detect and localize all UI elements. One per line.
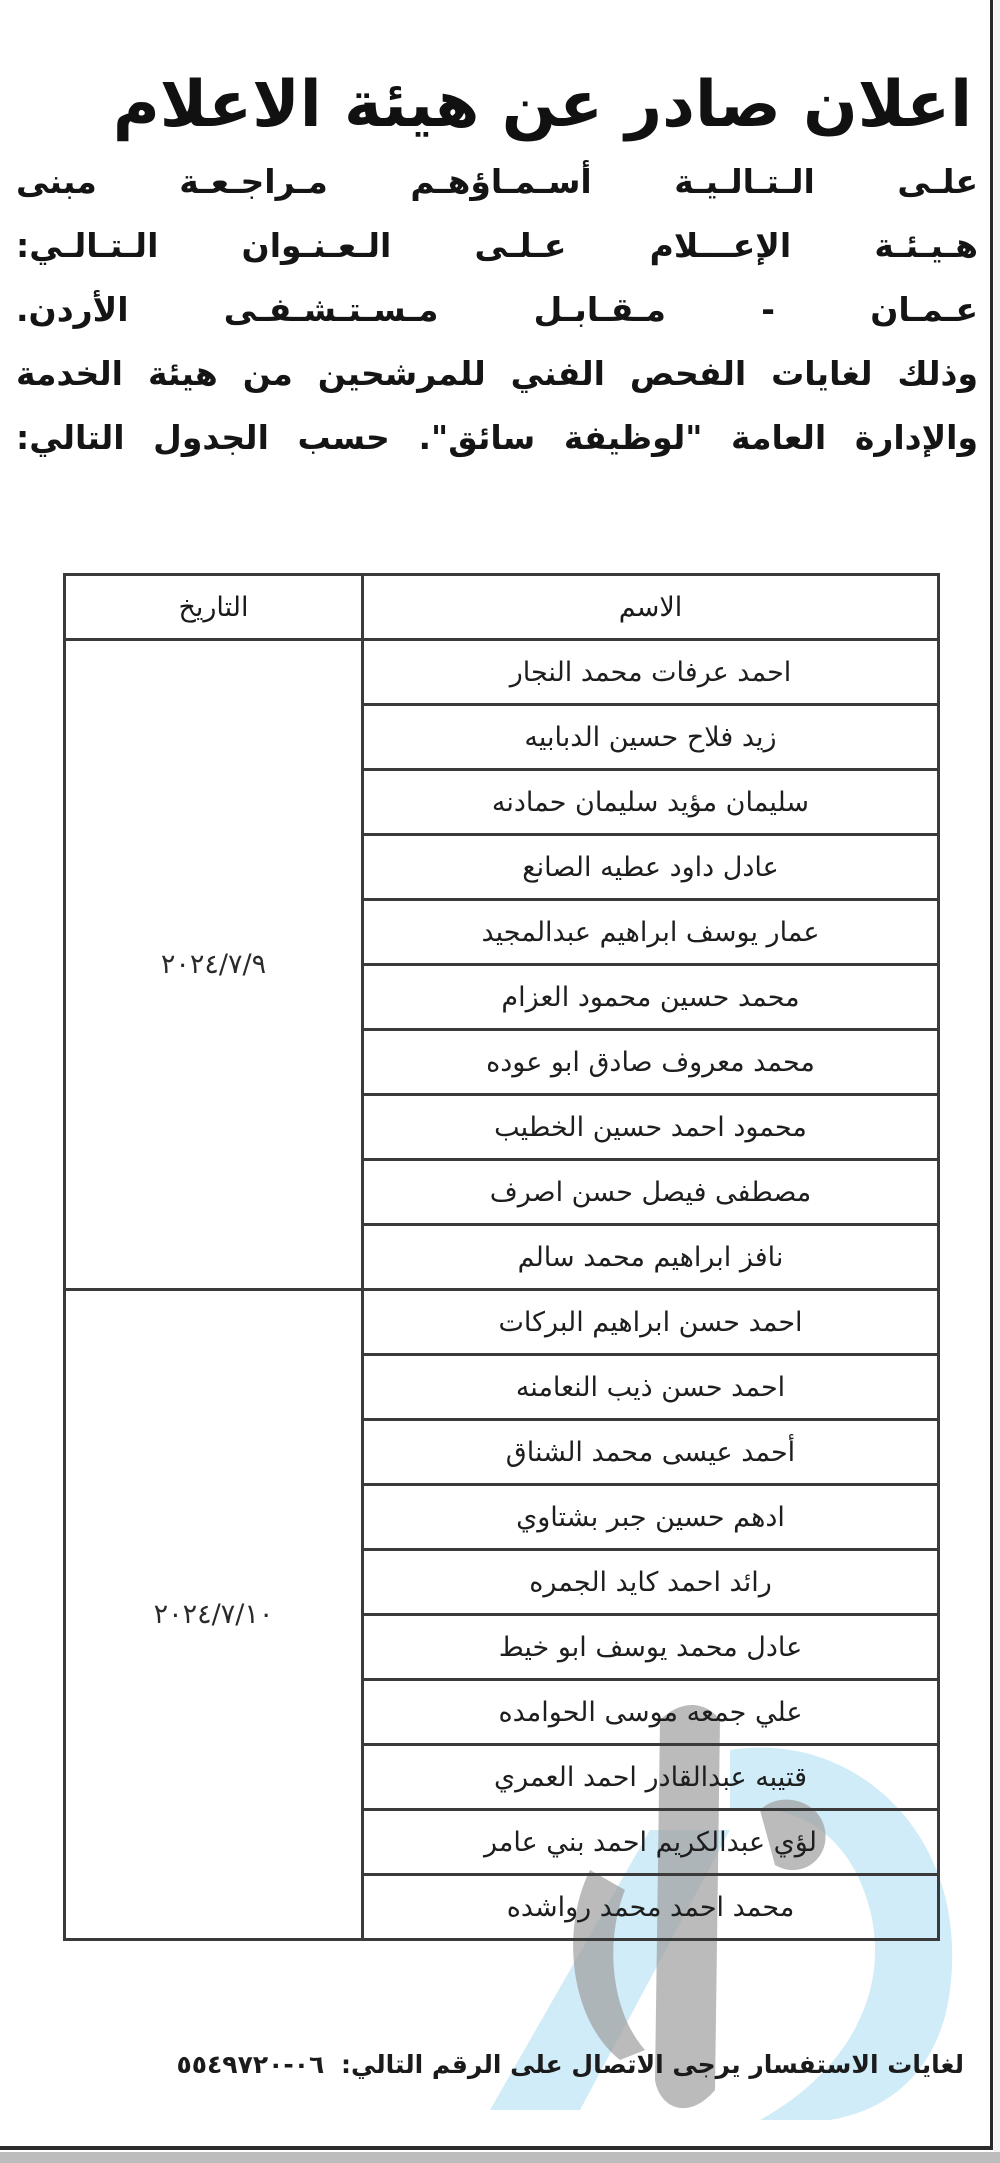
candidate-name: علي جمعه موسى الحوامده: [363, 1680, 939, 1745]
candidates-table-container: الاسم التاريخ احمد عرفات محمد النجار ٢٠٢…: [72, 573, 940, 1941]
candidate-name: نافز ابراهيم محمد سالم: [363, 1225, 939, 1290]
candidate-name: لؤي عبدالكريم احمد بني عامر: [363, 1810, 939, 1875]
column-header-name: الاسم: [363, 575, 939, 640]
intro-line: عـمـان - مـقـابـل مـسـتـشـفـى الأردن.: [16, 278, 978, 342]
candidate-name: احمد عرفات محمد النجار: [363, 640, 939, 705]
candidate-name: زيد فلاح حسين الدبابيه: [363, 705, 939, 770]
candidate-name: عادل داود عطيه الصانع: [363, 835, 939, 900]
intro-line: وذلك لغايات الفحص الفني للمرشحين من هيئة…: [16, 342, 978, 406]
candidate-name: عمار يوسف ابراهيم عبدالمجيد: [363, 900, 939, 965]
inquiry-phone-number: ٠٦-٥٥٤٩٧٢٠: [177, 2050, 325, 2079]
table-header-row: الاسم التاريخ: [65, 575, 939, 640]
candidate-name: احمد حسن ابراهيم البركات: [363, 1290, 939, 1355]
candidate-name: محمد حسين محمود العزام: [363, 965, 939, 1030]
intro-line: والإدارة العامة "لوظيفة سائق". حسب الجدو…: [16, 406, 978, 470]
intro-line: هـيـئـة الإعـــلام عـلـى الـعـنـوان الـت…: [16, 214, 978, 278]
candidate-name: محمد احمد محمد رواشده: [363, 1875, 939, 1940]
exam-date-cell: ٢٠٢٤/٧/١٠: [65, 1290, 363, 1940]
table-row: احمد عرفات محمد النجار ٢٠٢٤/٧/٩: [65, 640, 939, 705]
table-row: احمد حسن ابراهيم البركات ٢٠٢٤/٧/١٠: [65, 1290, 939, 1355]
candidates-table: الاسم التاريخ احمد عرفات محمد النجار ٢٠٢…: [63, 573, 940, 1941]
candidate-name: احمد حسن ذيب النعامنه: [363, 1355, 939, 1420]
candidate-name: أحمد عيسى محمد الشناق: [363, 1420, 939, 1485]
page-bottom-edge: [0, 2152, 1000, 2163]
candidate-name: قتيبه عبدالقادر احمد العمري: [363, 1745, 939, 1810]
page-edge: [994, 0, 1000, 2163]
inquiry-note: لغايات الاستفسار يرجى الاتصال على الرقم …: [30, 2050, 964, 2079]
column-header-date: التاريخ: [65, 575, 363, 640]
candidate-name: محمد معروف صادق ابو عوده: [363, 1030, 939, 1095]
candidate-name: مصطفى فيصل حسن اصرف: [363, 1160, 939, 1225]
inquiry-text: لغايات الاستفسار يرجى الاتصال على الرقم …: [341, 2050, 964, 2079]
candidate-name: محمود احمد حسين الخطيب: [363, 1095, 939, 1160]
candidate-name: سليمان مؤيد سليمان حمادنه: [363, 770, 939, 835]
intro-line: علـى الـتـالـيـة أسـمـاؤهـم مـراجـعـة مب…: [16, 150, 978, 214]
candidate-name: ادهم حسين جبر بشتاوي: [363, 1485, 939, 1550]
candidate-name: عادل محمد يوسف ابو خيط: [363, 1615, 939, 1680]
announcement-title: اعلان صادر عن هيئة الاعلام: [14, 55, 972, 155]
announcement-intro: علـى الـتـالـيـة أسـمـاؤهـم مـراجـعـة مب…: [16, 150, 978, 470]
candidate-name: رائد احمد كايد الجمره: [363, 1550, 939, 1615]
exam-date-cell: ٢٠٢٤/٧/٩: [65, 640, 363, 1290]
